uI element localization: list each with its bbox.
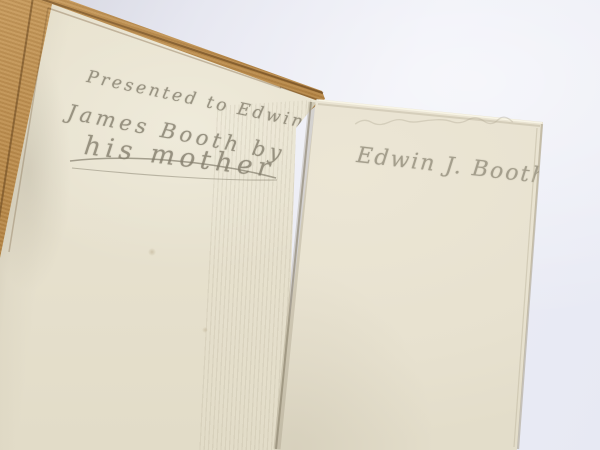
book-photograph: Presented to Edwin James Booth by his mo… — [0, 0, 600, 450]
owner-signature: Edwin J. Booth — [355, 143, 549, 190]
